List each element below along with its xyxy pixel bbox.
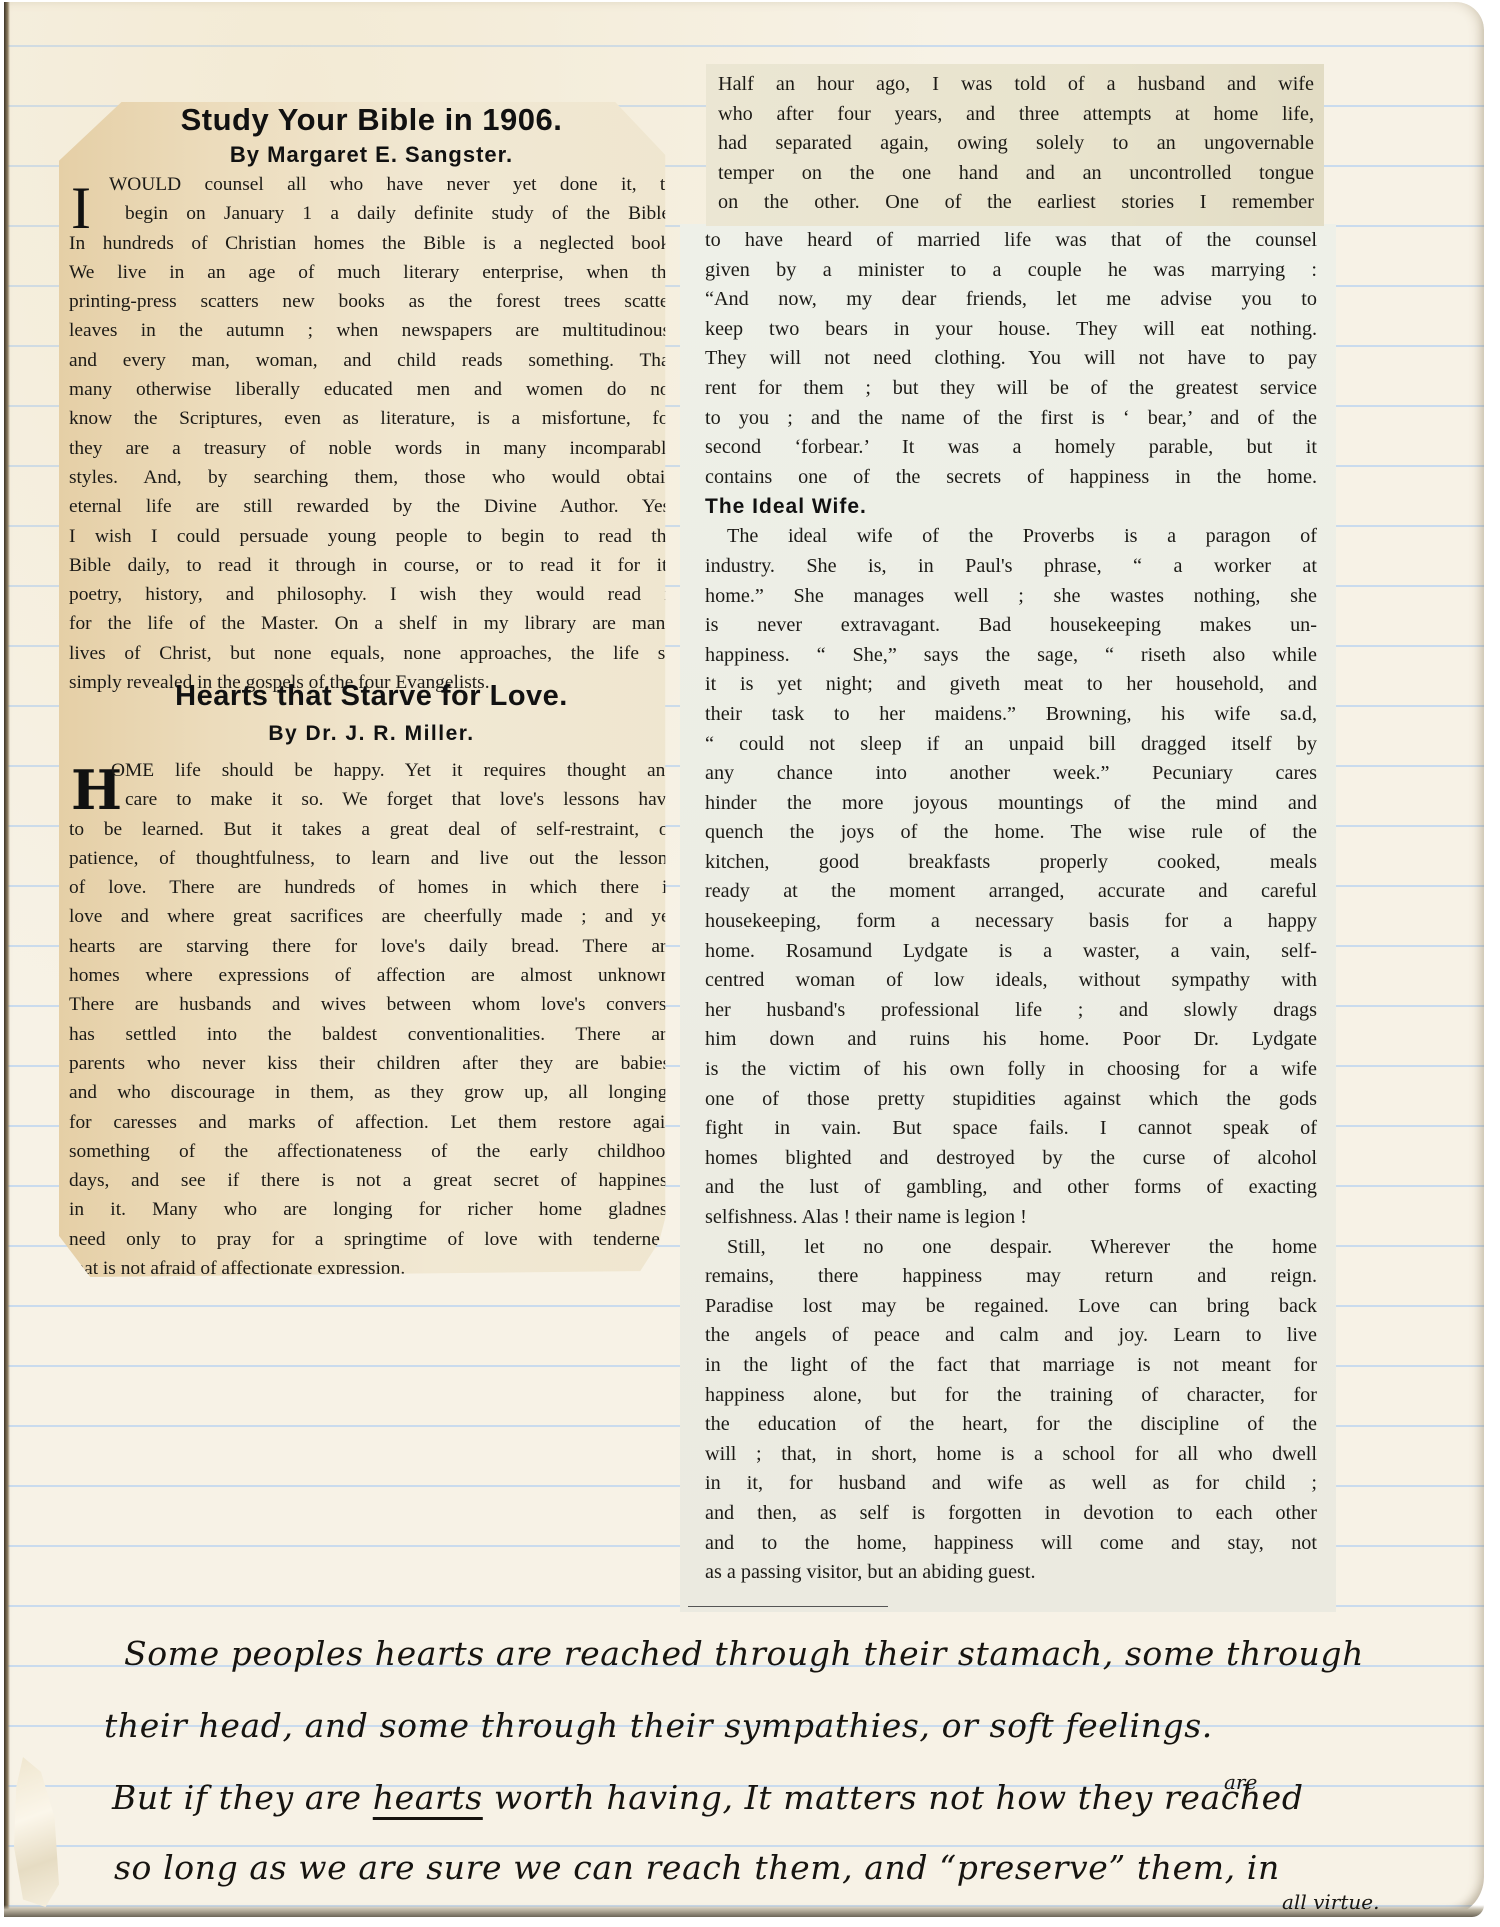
text-line: and the lust of gambling, and other form… (705, 1173, 1317, 1203)
text-line: it is yet night; and giveth meat to her … (705, 670, 1317, 700)
text-line: many otherwise liberally educated men an… (69, 375, 675, 404)
handwritten-text: worth having, It matters not how they re… (483, 1778, 1304, 1817)
article-body-intro: Half an hour ago, I was told of a husban… (718, 70, 1314, 218)
text-line: lives of Christ, but none equals, none a… (69, 639, 675, 668)
torn-paper-fragment (14, 1757, 59, 1907)
text-line: They will not need clothing. You will no… (705, 344, 1317, 374)
text-line: homes blighted and destroyed by the curs… (705, 1144, 1317, 1174)
text-line: fight in vain. But space fails. I cannot… (705, 1114, 1317, 1144)
text-line: happiness alone, but for the training of… (705, 1381, 1317, 1411)
text-line: contains one of the secrets of happiness… (705, 463, 1317, 493)
text-line: who after four years, and three attempts… (718, 100, 1314, 130)
text-line: ready at the moment arranged, accurate a… (705, 877, 1317, 907)
handwritten-insertion-all-virtue: all virtue. (1282, 1890, 1379, 1914)
text-line: quench the joys of the home. The wise ru… (705, 818, 1317, 848)
handwritten-line-2: their head, and some through their sympa… (104, 1706, 1213, 1745)
newspaper-clipping-right-main: to have heard of married life was that o… (680, 224, 1336, 1612)
text-line: to you ; and the name of the first is ‘ … (705, 404, 1317, 434)
article-body-hearts-that-starve: OME life should be happy. Yet it require… (69, 756, 675, 1283)
text-line: has settled into the baldest conventiona… (69, 1020, 675, 1049)
scrapbook-page: Study Your Bible in 1906. By Margaret E.… (4, 2, 1484, 1917)
text-line: parents who never kiss their children af… (69, 1049, 675, 1078)
text-line: they are a treasury of noble words in ma… (69, 434, 675, 463)
text-line: WOULD counsel all who have never yet don… (69, 170, 675, 199)
text-line: need only to pray for a springtime of lo… (69, 1225, 675, 1254)
text-line: days, and see if there is not a great se… (69, 1166, 675, 1195)
binding-edge (4, 2, 10, 1917)
newspaper-clipping-right-top: Half an hour ago, I was told of a husban… (706, 64, 1324, 226)
text-line: Half an hour ago, I was told of a husban… (718, 70, 1314, 100)
text-line: is the victim of his own folly in choosi… (705, 1055, 1317, 1085)
text-line: something of the affectionateness of the… (69, 1137, 675, 1166)
text-line: poetry, history, and philosophy. I wish … (69, 580, 675, 609)
column-rule (688, 1606, 888, 1607)
text-line: had separated again, owing solely to an … (718, 129, 1314, 159)
text-line: industry. She is, in Paul's phrase, “ a … (705, 552, 1317, 582)
article-title-study-your-bible: Study Your Bible in 1906. (59, 102, 684, 138)
text-line: In hundreds of Christian homes the Bible… (69, 229, 675, 258)
article-body-ideal-wife: to have heard of married life was that o… (705, 226, 1317, 1588)
text-line: “And now, my dear friends, let me advise… (705, 285, 1317, 315)
article-body-study-your-bible: WOULD counsel all who have never yet don… (69, 170, 675, 697)
text-line: leaves in the autumn ; when newspapers a… (69, 316, 675, 345)
text-line: the education of the heart, for the disc… (705, 1410, 1317, 1440)
text-line: “ could not sleep if an unpaid bill drag… (705, 730, 1317, 760)
text-line: We live in an age of much literary enter… (69, 258, 675, 287)
text-line: in it. Many who are longing for richer h… (69, 1195, 675, 1224)
text-line: and who discourage in them, as they grow… (69, 1078, 675, 1107)
text-line: know the Scriptures, even as literature,… (69, 404, 675, 433)
text-line: given by a minister to a couple he was m… (705, 256, 1317, 286)
text-line: that is not afraid of affectionate expre… (69, 1254, 675, 1283)
text-line: as a passing visitor, but an abiding gue… (705, 1558, 1317, 1588)
text-line: happiness. “ She,” says the sage, “ rise… (705, 641, 1317, 671)
text-line: begin on January 1 a daily definite stud… (69, 199, 675, 228)
text-line: Still, let no one despair. Wherever the … (705, 1233, 1317, 1263)
text-line: one of those pretty stupidities against … (705, 1085, 1317, 1115)
text-line: home.” She manages well ; she wastes not… (705, 582, 1317, 612)
text-line: hearts are starving there for love's dai… (69, 932, 675, 961)
text-line: I wish I could persuade young people to … (69, 522, 675, 551)
text-line: OME life should be happy. Yet it require… (69, 756, 675, 785)
text-line: The ideal wife of the Proverbs is a para… (705, 522, 1317, 552)
subhead-the-ideal-wife: The Ideal Wife. (705, 492, 1317, 522)
text-line: the angels of peace and calm and joy. Le… (705, 1321, 1317, 1351)
handwritten-line-4: so long as we are sure we can reach them… (114, 1848, 1280, 1887)
text-line: home. Rosamund Lydgate is a waster, a va… (705, 937, 1317, 967)
handwritten-text: But if they are (112, 1778, 373, 1817)
article-byline-miller: By Dr. J. R. Miller. (59, 722, 684, 746)
page-bottom-edge (4, 1905, 1484, 1917)
text-line: and then, as self is forgotten in devoti… (705, 1499, 1317, 1529)
text-line: will ; that, in short, home is a school … (705, 1440, 1317, 1470)
text-line: styles. And, by searching them, those wh… (69, 463, 675, 492)
text-line: homes where expressions of affection are… (69, 961, 675, 990)
text-line: in the light of the fact that marriage i… (705, 1351, 1317, 1381)
text-line: kitchen, good breakfasts properly cooked… (705, 848, 1317, 878)
text-line: second ‘forbear.’ It was a homely parabl… (705, 433, 1317, 463)
text-line: care to make it so. We forget that love'… (69, 785, 675, 814)
text-line: centred woman of low ideals, without sym… (705, 966, 1317, 996)
text-line: printing-press scatters new books as the… (69, 287, 675, 316)
text-line: rent for them ; but they will be of the … (705, 374, 1317, 404)
text-line: their task to her maidens.” Browning, hi… (705, 700, 1317, 730)
text-line: love and where great sacrifices are chee… (69, 902, 675, 931)
underlined-word-hearts: hearts (373, 1778, 483, 1817)
text-line: and every man, woman, and child reads so… (69, 346, 675, 375)
text-line: for caresses and marks of affection. Let… (69, 1108, 675, 1137)
text-line: for the life of the Master. On a shelf i… (69, 609, 675, 638)
text-line: to be learned. But it takes a great deal… (69, 815, 675, 844)
text-line: in it, for husband and wife as well as f… (705, 1469, 1317, 1499)
text-line: Bible daily, to read it through in cours… (69, 551, 675, 580)
text-line: is never extravagant. Bad housekeeping m… (705, 611, 1317, 641)
text-line: of love. There are hundreds of homes in … (69, 873, 675, 902)
text-line: remains, there happiness may return and … (705, 1262, 1317, 1292)
text-line: patience, of thoughtfulness, to learn an… (69, 844, 675, 873)
text-line: any chance into another week.” Pecuniary… (705, 759, 1317, 789)
article-title-hearts-that-starve: Hearts that Starve for Love. (59, 680, 684, 713)
article-byline-sangster: By Margaret E. Sangster. (59, 142, 684, 168)
text-line: keep two bears in your house. They will … (705, 315, 1317, 345)
text-line: and to the home, happiness will come and… (705, 1529, 1317, 1559)
text-line: on the other. One of the earliest storie… (718, 188, 1314, 218)
text-line: him down and ruins his home. Poor Dr. Ly… (705, 1025, 1317, 1055)
text-line: her husband's professional life ; and sl… (705, 996, 1317, 1026)
text-line: temper on the one hand and an uncontroll… (718, 159, 1314, 189)
text-line: There are husbands and wives between who… (69, 990, 675, 1019)
text-line: hinder the more joyous mountings of the … (705, 789, 1317, 819)
text-line: to have heard of married life was that o… (705, 226, 1317, 256)
handwritten-insertion-are: are (1224, 1770, 1257, 1794)
handwritten-line-1: Some peoples hearts are reached through … (124, 1634, 1364, 1673)
text-line: housekeeping, form a necessary basis for… (705, 907, 1317, 937)
newspaper-clipping-left: Study Your Bible in 1906. By Margaret E.… (59, 102, 684, 1277)
text-line: Paradise lost may be regained. Love can … (705, 1292, 1317, 1322)
handwritten-line-3: But if they are hearts worth having, It … (112, 1778, 1304, 1817)
text-line: selfishness. Alas ! their name is legion… (705, 1203, 1317, 1233)
text-line: eternal life are still rewarded by the D… (69, 492, 675, 521)
